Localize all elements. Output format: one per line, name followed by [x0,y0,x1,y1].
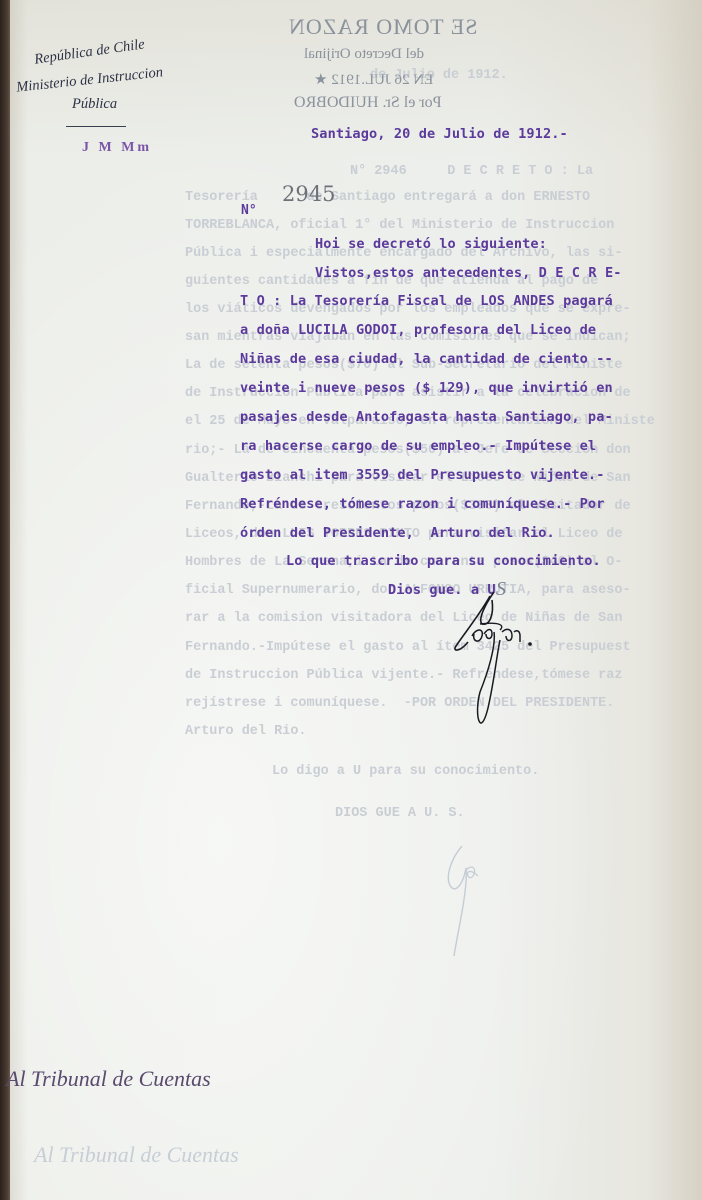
bleed-line: TORREBLANCA, oficial 1° del Ministerio d… [185,218,614,233]
stamp-line-4: Por el Sr. HUIDOBRO [294,94,442,112]
document-page: de Julio de 1912. N° 2946 D E C R E T O … [10,0,702,1200]
stamp-line-1: SE TOMO RAZON [288,14,477,40]
bleed-line: N° 2946 D E C R E T O : La [350,164,593,179]
decree-number: 2945 [282,182,335,206]
stamp-line-2: del Decreto Orijinal [304,46,424,63]
body-line: órden del Presidente, Arturo del Rio. [240,525,555,541]
bleed-line: Lo digo a U para su conocimiento. [272,764,539,779]
number-label: N° [241,203,257,218]
bleed-addressee: Al Tribunal de Cuentas [34,1142,239,1168]
bleed-signature-icon [440,840,500,960]
body-line: pasajes desde Antofagasta hasta Santiago… [240,409,613,425]
letterhead-divider [66,126,126,127]
bleed-line: DIOS GUE A U. S. [335,806,465,821]
body-line: Vistos,estos antecedentes, D E C R E- [315,265,622,281]
body-line: Hoi se decretó lo siguiente: [315,236,547,252]
body-line: a doña LUCILA GODOI, profesora del Liceo… [240,322,596,338]
body-line: Refréndese, tómese razon i comuníquese.-… [240,496,605,512]
body-line: T O : La Tesorería Fiscal de LOS ANDES p… [240,293,613,309]
place-date: Santiago, 20 de Julio de 1912.- [311,126,568,142]
letterhead-public: Pública [72,96,117,113]
closing-line: Lo que trascribo para su conocimiento. [286,553,601,569]
typist-initials: J M Mm [82,140,152,156]
body-line: ra hacerse cargo de su empleo.- Impútese… [240,438,596,454]
body-line: gasto al item 3559 del Presupuesto vijen… [240,467,605,483]
bleed-line: Arturo del Rio. [185,724,307,739]
letterhead-ministry: Ministerio de Instruccion [16,64,164,96]
letterhead-country: República de Chile [33,36,145,68]
stamp-line-3: EN 26 JUL.1912 ★ [314,70,433,89]
body-line: veinte i nueve pesos ($ 129), que invirt… [240,380,613,396]
addressee: Al Tribunal de Cuentas [6,1066,211,1092]
signature-icon [450,590,570,740]
body-line: Niñas de esa ciudad, la cantidad de cien… [240,351,613,367]
